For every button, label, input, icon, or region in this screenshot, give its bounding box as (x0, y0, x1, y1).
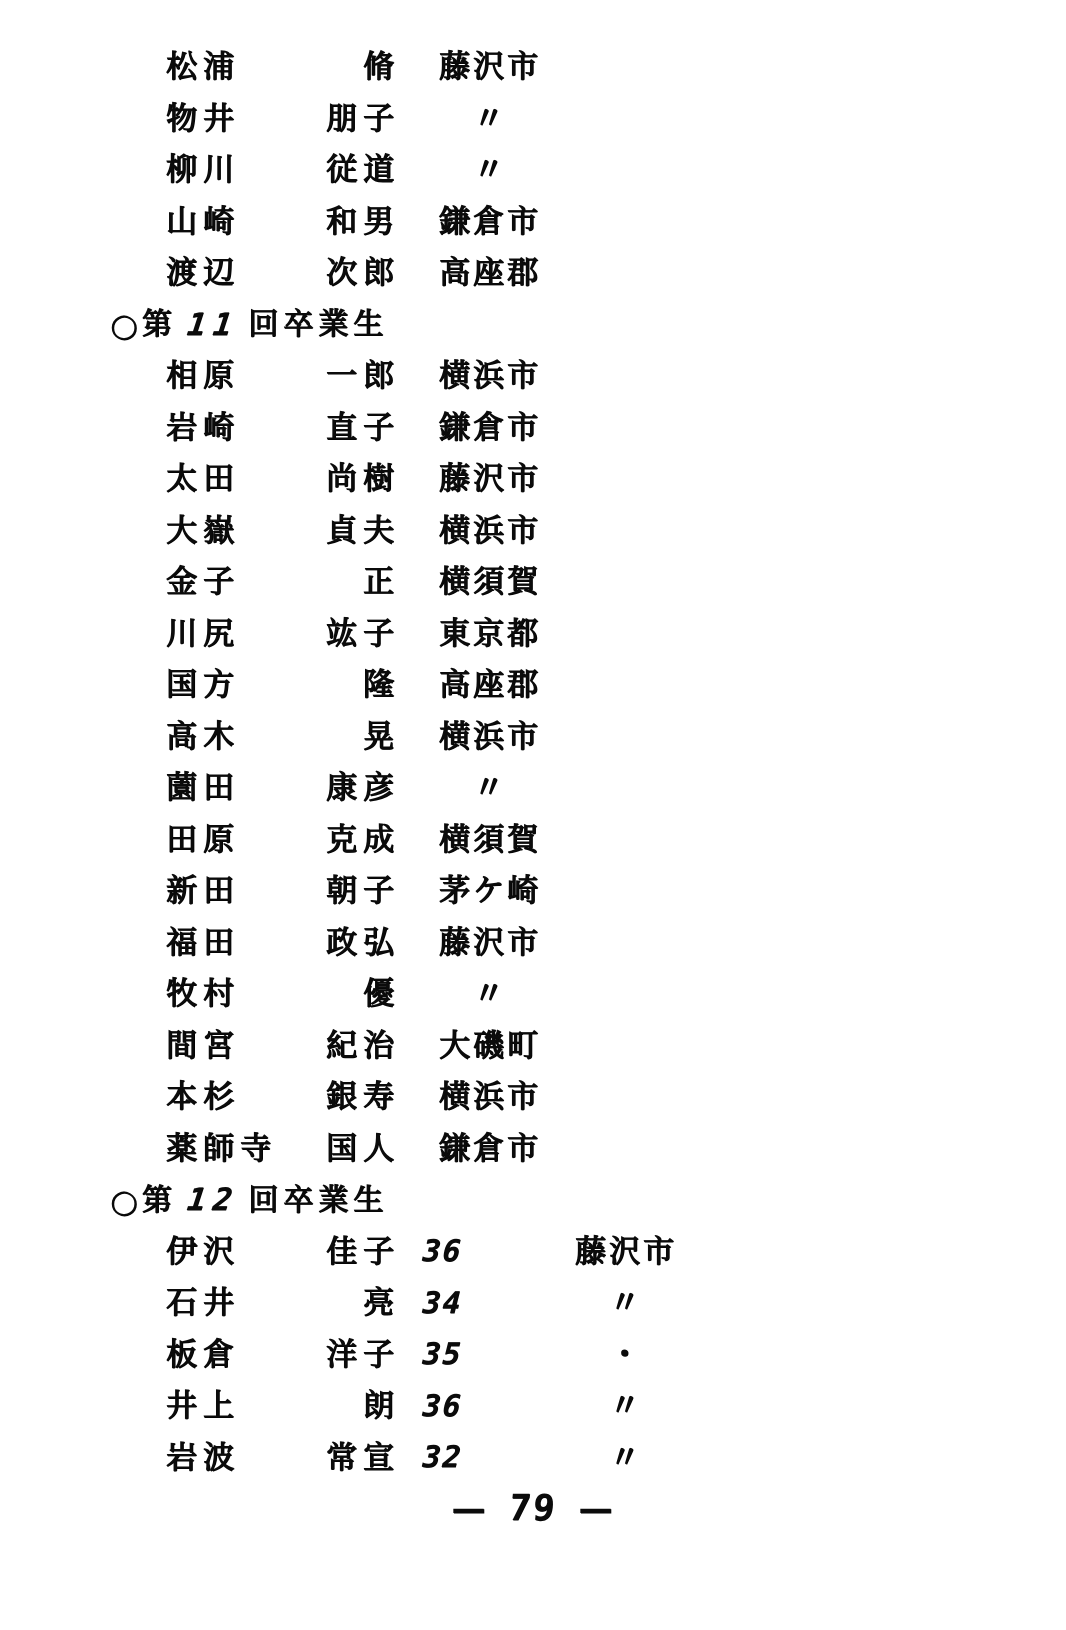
circle-marker-icon: ○ (110, 309, 138, 341)
city: 横浜市 (414, 361, 566, 392)
graduate-row: 太田 尚樹 藤沢市 (0, 454, 1066, 506)
surname: 渡辺 (166, 258, 284, 289)
surname: 川尻 (166, 619, 284, 650)
city-ditto: ・ (550, 1340, 702, 1371)
city: 鎌倉市 (414, 1134, 566, 1165)
surname: 井上 (166, 1391, 284, 1422)
city: 茅ケ崎 (414, 876, 566, 907)
city: 高座郡 (414, 258, 566, 289)
city: 横浜市 (414, 722, 566, 753)
surname: 国方 (166, 670, 284, 701)
city-ditto: 〃 (414, 155, 566, 186)
given-name: 一郎 (298, 361, 400, 392)
given-name: 貞夫 (298, 516, 400, 547)
graduate-row: 田原 克成 横須賀 (0, 815, 1066, 867)
given-name: 佳子 (298, 1237, 400, 1268)
graduate-row: 薗田 康彦 〃 (0, 763, 1066, 815)
given-name: 紀治 (298, 1031, 400, 1062)
graduate-row: 相原 一郎 横浜市 (0, 351, 1066, 403)
surname: 田原 (166, 825, 284, 856)
city-ditto: 〃 (550, 1443, 702, 1474)
surname: 福田 (166, 928, 284, 959)
page-number: 79 (507, 1488, 559, 1529)
surname: 山崎 (166, 207, 284, 238)
given-name: 脩 (298, 52, 400, 83)
surname: 岩波 (166, 1443, 284, 1474)
header-text-post: 回卒業生 (248, 1186, 388, 1216)
given-name: 洋子 (298, 1340, 400, 1371)
surname: 大嶽 (166, 516, 284, 547)
city: 横浜市 (414, 1082, 566, 1113)
graduate-row: 国方 隆 高座郡 (0, 660, 1066, 712)
graduate-row: 大嶽 貞夫 横浜市 (0, 506, 1066, 558)
surname: 薬師寺 (166, 1134, 284, 1165)
header-text-pre: 第 (142, 1186, 177, 1216)
page-footer: — 79 — (0, 1488, 1066, 1529)
scanned-document-page: 松浦 脩 藤沢市 物井 朋子 〃 柳川 従道 〃 山崎 和男 鎌倉市 渡辺 次郎… (0, 0, 1066, 1630)
graduate-row: 柳川 従道 〃 (0, 145, 1066, 197)
surname: 新田 (166, 876, 284, 907)
given-name: 克成 (298, 825, 400, 856)
surname: 間宮 (166, 1031, 284, 1062)
given-name: 直子 (298, 413, 400, 444)
given-name: 晃 (298, 722, 400, 753)
graduate-row: 高木 晃 横浜市 (0, 712, 1066, 764)
graduate-row: 物井 朋子 〃 (0, 94, 1066, 146)
city-ditto: 〃 (414, 979, 566, 1010)
header-text-post: 回卒業生 (248, 310, 388, 340)
graduate-row: 新田 朝子 茅ケ崎 (0, 866, 1066, 918)
section-header-class-11: ○ 第 11 回卒業生 (0, 300, 1066, 352)
given-name: 従道 (298, 155, 400, 186)
graduate-row: 本杉 銀寿 横浜市 (0, 1072, 1066, 1124)
class-number: 12 (182, 1185, 243, 1216)
city-ditto: 〃 (414, 773, 566, 804)
city: 東京都 (414, 619, 566, 650)
given-name: 朋子 (298, 104, 400, 135)
graduate-row: 石井 亮 34 〃 (0, 1278, 1066, 1330)
graduate-row: 間宮 紀治 大磯町 (0, 1021, 1066, 1073)
surname: 松浦 (166, 52, 284, 83)
city: 横須賀 (414, 825, 566, 856)
city: 藤沢市 (414, 928, 566, 959)
footer-dash-left: — (451, 1489, 487, 1529)
age: 35 (418, 1340, 491, 1370)
graduate-row: 金子 正 横須賀 (0, 557, 1066, 609)
city: 鎌倉市 (414, 207, 566, 238)
graduate-row: 福田 政弘 藤沢市 (0, 918, 1066, 970)
surname: 牧村 (166, 979, 284, 1010)
given-name: 国人 (298, 1134, 400, 1165)
city: 大磯町 (414, 1031, 566, 1062)
section-header-class-12: ○ 第 12 回卒業生 (0, 1175, 1066, 1227)
given-name: 常宣 (298, 1443, 400, 1474)
given-name: 優 (298, 979, 400, 1010)
age: 32 (418, 1443, 491, 1473)
city: 藤沢市 (414, 52, 566, 83)
given-name: 朗 (298, 1391, 400, 1422)
given-name: 朝子 (298, 876, 400, 907)
surname: 岩崎 (166, 413, 284, 444)
surname: 石井 (166, 1288, 284, 1319)
graduate-row: 伊沢 佳子 36 藤沢市 (0, 1227, 1066, 1279)
city: 鎌倉市 (414, 413, 566, 444)
given-name: 隆 (298, 670, 400, 701)
given-name: 正 (298, 567, 400, 598)
graduate-row: 板倉 洋子 35 ・ (0, 1330, 1066, 1382)
given-name: 次郎 (298, 258, 400, 289)
surname: 高木 (166, 722, 284, 753)
circle-marker-icon: ○ (110, 1185, 138, 1217)
graduate-row: 山崎 和男 鎌倉市 (0, 197, 1066, 249)
surname: 太田 (166, 464, 284, 495)
surname: 物井 (166, 104, 284, 135)
city: 藤沢市 (550, 1237, 702, 1268)
graduate-row: 渡辺 次郎 高座郡 (0, 248, 1066, 300)
graduate-row: 牧村 優 〃 (0, 969, 1066, 1021)
class-number: 11 (182, 310, 243, 341)
surname: 金子 (166, 567, 284, 598)
given-name: 和男 (298, 207, 400, 238)
footer-dash-right: — (579, 1489, 615, 1529)
given-name: 尚樹 (298, 464, 400, 495)
graduate-row: 川尻 竑子 東京都 (0, 609, 1066, 661)
graduate-row: 岩波 常宣 32 〃 (0, 1433, 1066, 1485)
surname: 板倉 (166, 1340, 284, 1371)
city: 高座郡 (414, 670, 566, 701)
city: 横浜市 (414, 516, 566, 547)
age: 36 (418, 1392, 491, 1422)
age: 36 (418, 1237, 491, 1267)
graduate-row: 井上 朗 36 〃 (0, 1381, 1066, 1433)
given-name: 康彦 (298, 773, 400, 804)
city-ditto: 〃 (550, 1288, 702, 1319)
graduate-row: 松浦 脩 藤沢市 (0, 42, 1066, 94)
city: 藤沢市 (414, 464, 566, 495)
given-name: 竑子 (298, 619, 400, 650)
given-name: 銀寿 (298, 1082, 400, 1113)
given-name: 亮 (298, 1288, 400, 1319)
city: 横須賀 (414, 567, 566, 598)
given-name: 政弘 (298, 928, 400, 959)
graduate-row: 薬師寺 国人 鎌倉市 (0, 1124, 1066, 1176)
header-text-pre: 第 (142, 310, 177, 340)
surname: 薗田 (166, 773, 284, 804)
age: 34 (418, 1289, 491, 1319)
surname: 本杉 (166, 1082, 284, 1113)
graduate-row: 岩崎 直子 鎌倉市 (0, 403, 1066, 455)
surname: 伊沢 (166, 1237, 284, 1268)
city-ditto: 〃 (550, 1391, 702, 1422)
city-ditto: 〃 (414, 104, 566, 135)
surname: 柳川 (166, 155, 284, 186)
surname: 相原 (166, 361, 284, 392)
